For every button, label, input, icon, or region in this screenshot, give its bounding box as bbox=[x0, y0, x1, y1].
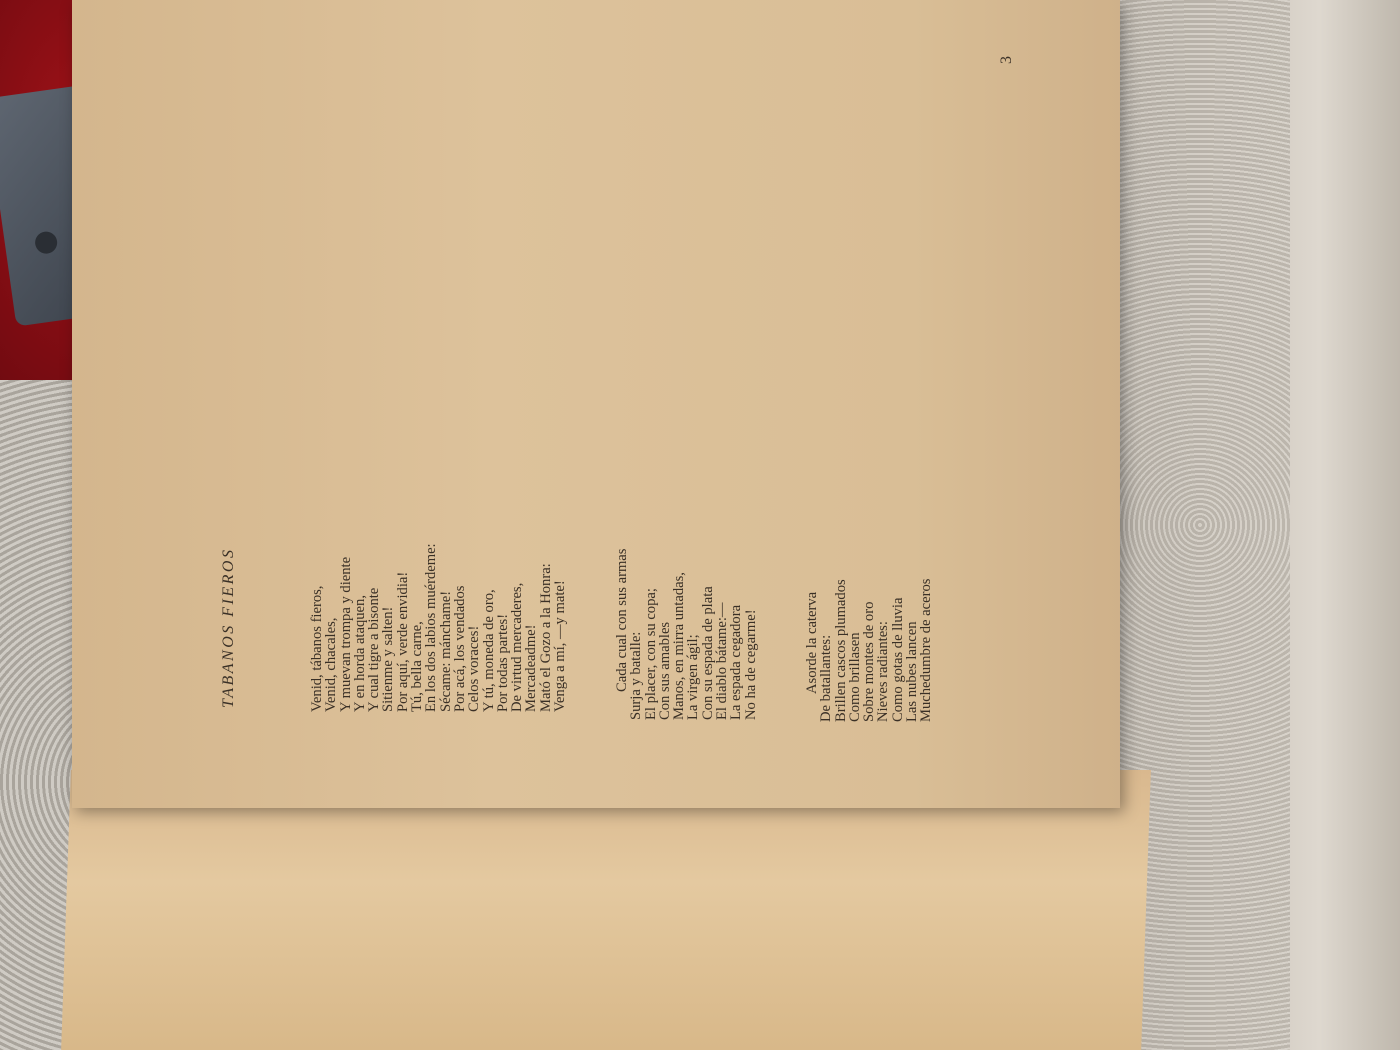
poem-line: Con su espada de plata bbox=[701, 549, 715, 720]
poem-line: Y muevan trompa y diente bbox=[339, 543, 353, 712]
poem-line: Venid, chacales, bbox=[324, 543, 338, 712]
poem-line: No ha de cegarme! bbox=[744, 549, 758, 720]
page-number: 3 bbox=[998, 56, 1016, 64]
poem-line: Por todas partes! bbox=[496, 543, 510, 712]
rivet-icon bbox=[34, 230, 59, 255]
poem-line: Sobre montes de oro bbox=[862, 579, 876, 722]
poem-line: La espada cegadora bbox=[729, 549, 743, 720]
poem-line: Mercadeadme! bbox=[524, 543, 538, 712]
poem-line: Nieves radiantes: bbox=[876, 579, 890, 722]
poem-line: Las nubes lancen bbox=[905, 579, 919, 722]
poem-line: Muchedumbre de aceros bbox=[919, 579, 933, 722]
stanza-2: Cada cual con sus armas Surja y batalle:… bbox=[615, 549, 758, 720]
poem-line: Por aquí, verde envidia! bbox=[396, 543, 410, 712]
poem-line: La virgen ágil; bbox=[686, 549, 700, 720]
facing-page bbox=[61, 770, 1151, 1050]
poem-line: Venga a mí, —y mate! bbox=[553, 543, 567, 712]
stanza-3: Asorde la caterva De batallantes: Brille… bbox=[805, 579, 934, 722]
poem-line: Y tú, moneda de oro, bbox=[482, 543, 496, 712]
poem-line: Venid, tábanos fieros, bbox=[310, 543, 324, 712]
poem-title: TABANOS FIEROS bbox=[220, 548, 238, 708]
poem-line: Sitienme y salten! bbox=[381, 543, 395, 712]
poem-line: El diablo bátame:— bbox=[715, 549, 729, 720]
poem-line: Por acá, los vendados bbox=[453, 543, 467, 712]
poem-line: Surja y batalle: bbox=[629, 549, 643, 720]
poem-line: Como brillasen bbox=[848, 579, 862, 722]
poem-line: Como gotas de lluvia bbox=[891, 579, 905, 722]
poem-line: Tú, bella carne, bbox=[410, 543, 424, 712]
stanza-1: Venid, tábanos fieros, Venid, chacales, … bbox=[310, 543, 567, 712]
poem-line: Asorde la caterva bbox=[805, 579, 819, 722]
poem-line: Celos voraces! bbox=[467, 543, 481, 712]
poem-line: Con sus amables bbox=[658, 549, 672, 720]
poem-line: Sécame: mánchame! bbox=[439, 543, 453, 712]
poem-line: De virtud mercaderes, bbox=[510, 543, 524, 712]
poem-line: Y en horda ataquen, bbox=[353, 543, 367, 712]
poem-line: Y cual tigre a bisonte bbox=[367, 543, 381, 712]
poem-line: El placer, con su copa; bbox=[644, 549, 658, 720]
poem-line: Brillen cascos plumados bbox=[834, 579, 848, 722]
poem-line: En los dos labios muérdeme: bbox=[424, 543, 438, 712]
poem-line: Manos, en mirra untadas, bbox=[672, 549, 686, 720]
poem-line: De batallantes: bbox=[819, 579, 833, 722]
poem-line: Mató el Gozo a la Honra: bbox=[539, 543, 553, 712]
poem-line: Cada cual con sus armas bbox=[615, 549, 629, 720]
